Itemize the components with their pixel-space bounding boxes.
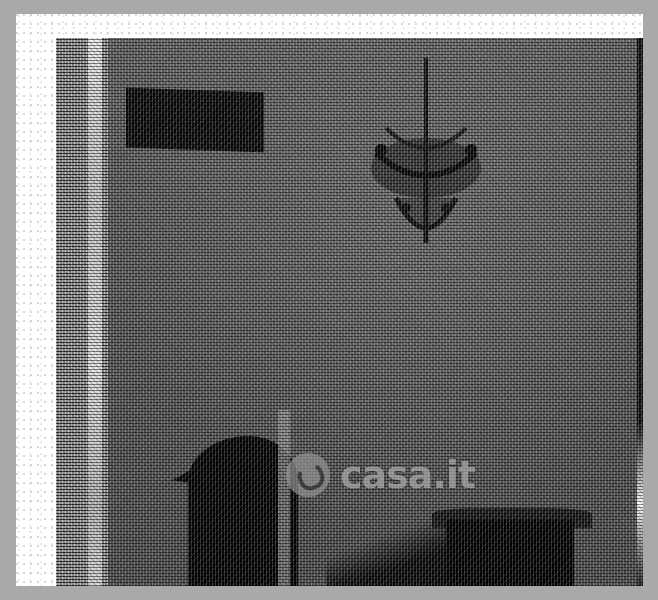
image-canvas: casa.it: [0, 0, 658, 600]
dither-texture: [56, 38, 643, 586]
scanned-paper: casa.it: [16, 14, 643, 586]
watermark-text: casa.it: [340, 453, 475, 497]
room-photo: casa.it: [56, 38, 643, 586]
casa-it-logo-icon: [286, 453, 330, 497]
watermark: casa.it: [286, 453, 475, 497]
